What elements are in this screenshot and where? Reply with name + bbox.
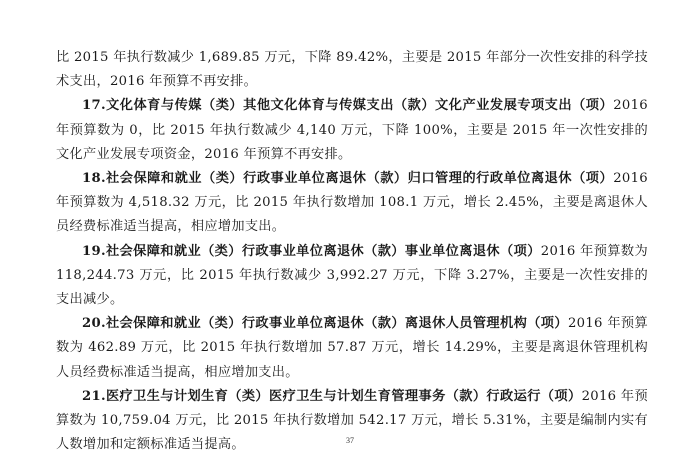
paragraph-body: 比 2015 年执行数减少 1,689.85 万元，下降 89.42%，主要是 … [56,50,648,89]
document-page: 比 2015 年执行数减少 1,689.85 万元，下降 89.42%，主要是 … [56,46,648,457]
paragraph-item-21: 21.医疗卫生与计划生育（类）医疗卫生与计划生育管理事务（款）行政运行（项）20… [56,385,648,457]
item-heading: 17.文化体育与传媒（类）其他文化体育与传媒支出（款）文化产业发展专项支出（项） [82,98,613,113]
item-heading: 21.医疗卫生与计划生育（类）医疗卫生与计划生育管理事务（款）行政运行（项） [82,389,582,404]
item-heading: 19.社会保障和就业（类）行政事业单位离退休（款）事业单位离退休（项） [82,244,541,259]
paragraph-item-19: 19.社会保障和就业（类）行政事业单位离退休（款）事业单位离退休（项）2016 … [56,240,648,313]
item-heading: 18.社会保障和就业（类）行政事业单位离退休（款）归口管理的行政单位离退休（项） [82,171,613,186]
paragraph-item-18: 18.社会保障和就业（类）行政事业单位离退休（款）归口管理的行政单位离退休（项）… [56,167,648,240]
paragraph-item-17: 17.文化体育与传媒（类）其他文化体育与传媒支出（款）文化产业发展专项支出（项）… [56,94,648,167]
paragraph-item-20: 20.社会保障和就业（类）行政事业单位离退休（款）离退休人员管理机构（项）201… [56,312,648,385]
page-number: 37 [0,436,700,445]
paragraph-continuation: 比 2015 年执行数减少 1,689.85 万元，下降 89.42%，主要是 … [56,46,648,94]
item-heading: 20.社会保障和就业（类）行政事业单位离退休（款）离退休人员管理机构（项） [82,316,568,331]
